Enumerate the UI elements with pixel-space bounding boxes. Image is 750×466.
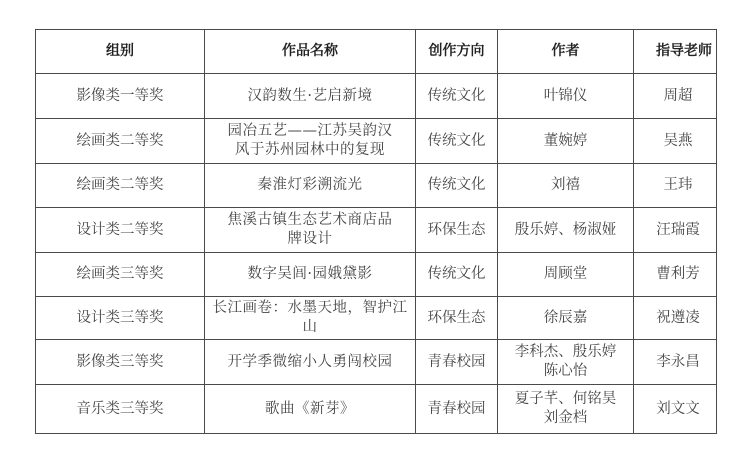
cell-teacher: 周超 [634, 74, 717, 119]
cell-direction: 传统文化 [416, 164, 498, 208]
header-direction: 创作方向 [416, 30, 498, 74]
cell-author: 李科杰、殷乐婷 陈心怡 [498, 340, 634, 385]
author-line: 李科杰、殷乐婷 [502, 343, 629, 362]
cell-group: 影像类三等奖 [36, 340, 205, 385]
cell-group: 绘画类二等奖 [36, 164, 205, 208]
cell-author: 周顾堂 [498, 253, 634, 297]
header-author: 作者 [498, 30, 634, 74]
cell-teacher: 李永昌 [634, 340, 717, 385]
header-row: 组别 作品名称 创作方向 作者 指导老师 [36, 30, 717, 74]
cell-group: 设计类二等奖 [36, 208, 205, 253]
title-line: 歌曲《新芽》 [209, 400, 411, 419]
header-title: 作品名称 [205, 30, 416, 74]
author-line: 夏子芊、何铭昊 [502, 390, 629, 409]
table-row: 设计类二等奖 焦溪古镇生态艺术商店品 牌设计 环保生态 殷乐婷、杨淑娅 汪瑞霞 [36, 208, 717, 253]
cell-author: 叶锦仪 [498, 74, 634, 119]
cell-direction: 传统文化 [416, 253, 498, 297]
table-row: 音乐类三等奖 歌曲《新芽》 青春校园 夏子芊、何铭昊 刘金档 刘文文 [36, 385, 717, 434]
title-line: 开学季微缩小人勇闯校园 [209, 353, 411, 372]
table-row: 影像类三等奖 开学季微缩小人勇闯校园 青春校园 李科杰、殷乐婷 陈心怡 李永昌 [36, 340, 717, 385]
cell-direction: 传统文化 [416, 74, 498, 119]
title-line: 园冶五艺——江苏吴韵汉 [209, 122, 411, 141]
cell-group: 设计类三等奖 [36, 297, 205, 340]
table-row: 绘画类三等奖 数字吴闾·园娥黛影 传统文化 周顾堂 曹利芳 [36, 253, 717, 297]
author-line: 刘禧 [502, 176, 629, 195]
cell-teacher: 王玮 [634, 164, 717, 208]
award-table: 组别 作品名称 创作方向 作者 指导老师 影像类一等奖 汉韵数生·艺启新境 传统… [35, 29, 717, 434]
author-line: 叶锦仪 [502, 87, 629, 106]
cell-teacher: 祝遵凌 [634, 297, 717, 340]
cell-group: 绘画类三等奖 [36, 253, 205, 297]
author-line: 刘金档 [502, 409, 629, 428]
cell-direction: 传统文化 [416, 119, 498, 164]
cell-author: 刘禧 [498, 164, 634, 208]
table-row: 设计类三等奖 长江画卷：水墨天地，智护江 山 环保生态 徐辰嘉 祝遵凌 [36, 297, 717, 340]
cell-teacher: 汪瑞霞 [634, 208, 717, 253]
title-line: 风于苏州园林中的复现 [209, 141, 411, 160]
cell-direction: 环保生态 [416, 297, 498, 340]
cell-teacher: 刘文文 [634, 385, 717, 434]
author-line: 陈心怡 [502, 362, 629, 381]
cell-title: 秦淮灯彩溯流光 [205, 164, 416, 208]
title-line: 牌设计 [209, 230, 411, 249]
table-row: 影像类一等奖 汉韵数生·艺启新境 传统文化 叶锦仪 周超 [36, 74, 717, 119]
cell-author: 董婉婷 [498, 119, 634, 164]
cell-title: 汉韵数生·艺启新境 [205, 74, 416, 119]
cell-title: 开学季微缩小人勇闯校园 [205, 340, 416, 385]
author-line: 周顾堂 [502, 265, 629, 284]
title-line: 长江画卷：水墨天地，智护江 [209, 299, 411, 318]
header-teacher: 指导老师 [634, 30, 717, 74]
cell-title: 长江画卷：水墨天地，智护江 山 [205, 297, 416, 340]
cell-teacher: 吴燕 [634, 119, 717, 164]
title-line: 汉韵数生·艺启新境 [209, 87, 411, 106]
cell-group: 绘画类二等奖 [36, 119, 205, 164]
cell-direction: 环保生态 [416, 208, 498, 253]
cell-author: 夏子芊、何铭昊 刘金档 [498, 385, 634, 434]
table-row: 绘画类二等奖 秦淮灯彩溯流光 传统文化 刘禧 王玮 [36, 164, 717, 208]
header-group: 组别 [36, 30, 205, 74]
cell-author: 殷乐婷、杨淑娅 [498, 208, 634, 253]
author-line: 殷乐婷、杨淑娅 [502, 221, 629, 240]
cell-title: 园冶五艺——江苏吴韵汉 风于苏州园林中的复现 [205, 119, 416, 164]
cell-title: 焦溪古镇生态艺术商店品 牌设计 [205, 208, 416, 253]
cell-direction: 青春校园 [416, 385, 498, 434]
cell-direction: 青春校园 [416, 340, 498, 385]
cell-title: 歌曲《新芽》 [205, 385, 416, 434]
cell-teacher: 曹利芳 [634, 253, 717, 297]
title-line: 数字吴闾·园娥黛影 [209, 265, 411, 284]
title-line: 焦溪古镇生态艺术商店品 [209, 211, 411, 230]
cell-group: 音乐类三等奖 [36, 385, 205, 434]
cell-title: 数字吴闾·园娥黛影 [205, 253, 416, 297]
title-line: 秦淮灯彩溯流光 [209, 176, 411, 195]
author-line: 徐辰嘉 [502, 309, 629, 328]
title-line: 山 [209, 318, 411, 337]
cell-group: 影像类一等奖 [36, 74, 205, 119]
cell-author: 徐辰嘉 [498, 297, 634, 340]
author-line: 董婉婷 [502, 132, 629, 151]
table-row: 绘画类二等奖 园冶五艺——江苏吴韵汉 风于苏州园林中的复现 传统文化 董婉婷 吴… [36, 119, 717, 164]
